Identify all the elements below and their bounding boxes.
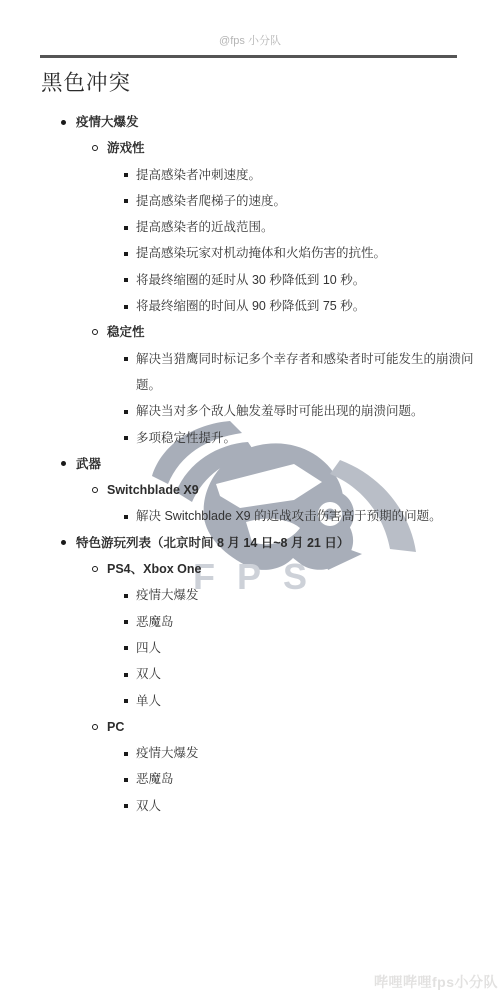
outline: 疫情大爆发游戏性提高感染者冲刺速度。提高感染者爬梯子的速度。提高感染者的近战范围… — [0, 109, 500, 819]
square-bullet-icon — [124, 357, 128, 361]
outline-item: 四人 — [0, 635, 500, 661]
outline-item: 疫情大爆发 — [0, 109, 500, 135]
outline-item: 提高感染者爬梯子的速度。 — [0, 188, 500, 214]
square-bullet-icon — [124, 226, 128, 230]
outline-item-text: 特色游玩列表（北京时间 8 月 14 日~8 月 21 日） — [76, 536, 349, 550]
square-bullet-icon — [124, 752, 128, 756]
circle-bullet-icon — [92, 145, 98, 151]
outline-item-text: 武器 — [76, 457, 101, 471]
outline-item: 双人 — [0, 661, 500, 687]
square-bullet-icon — [124, 699, 128, 703]
outline-item-text: 疫情大爆发 — [76, 115, 139, 129]
square-bullet-icon — [124, 199, 128, 203]
outline-item-text: 疫情大爆发 — [136, 746, 199, 760]
footer-watermark: 哔哩哔哩fps小分队 — [374, 972, 498, 992]
square-bullet-icon — [124, 804, 128, 808]
outline-item-text: 四人 — [136, 641, 161, 655]
outline-item: 疫情大爆发 — [0, 740, 500, 766]
outline-item: 双人 — [0, 793, 500, 819]
outline-item-text: 稳定性 — [107, 325, 145, 339]
square-bullet-icon — [124, 778, 128, 782]
outline-item: 游戏性 — [0, 135, 500, 161]
outline-item-text: 将最终缩圈的时间从 90 秒降低到 75 秒。 — [136, 299, 365, 313]
outline-item-text: 提高感染者冲刺速度。 — [136, 168, 261, 182]
circle-bullet-icon — [92, 724, 98, 730]
square-bullet-icon — [124, 620, 128, 624]
outline-item: 提高感染者的近战范围。 — [0, 214, 500, 240]
disc-bullet-icon — [61, 540, 66, 545]
square-bullet-icon — [124, 646, 128, 650]
square-bullet-icon — [124, 278, 128, 282]
square-bullet-icon — [124, 515, 128, 519]
outline-item: 特色游玩列表（北京时间 8 月 14 日~8 月 21 日） — [0, 530, 500, 556]
outline-item: 恶魔岛 — [0, 766, 500, 792]
outline-item-text: 多项稳定性提升。 — [136, 431, 236, 445]
outline-item-text: 恶魔岛 — [136, 615, 174, 629]
outline-item-text: 解决当猎鹰同时标记多个幸存者和感染者时可能发生的崩溃问 题。 — [136, 352, 474, 392]
outline-item: 单人 — [0, 688, 500, 714]
outline-item: 解决 Switchblade X9 的近战攻击伤害高于预期的问题。 — [0, 503, 500, 529]
circle-bullet-icon — [92, 487, 98, 493]
document-page: @fps 小分队 黑色冲突 疫情大爆发游戏性提高感染者冲刺速度。提高感染者爬梯子… — [0, 0, 500, 1000]
circle-bullet-icon — [92, 329, 98, 335]
outline-item: 解决当猎鹰同时标记多个幸存者和感染者时可能发生的崩溃问 题。 — [0, 346, 500, 399]
square-bullet-icon — [124, 252, 128, 256]
outline-item-text: 双人 — [136, 799, 161, 813]
outline-item-text: 双人 — [136, 667, 161, 681]
outline-item: 稳定性 — [0, 319, 500, 345]
outline-item: 提高感染者冲刺速度。 — [0, 162, 500, 188]
square-bullet-icon — [124, 594, 128, 598]
square-bullet-icon — [124, 673, 128, 677]
square-bullet-icon — [124, 173, 128, 177]
outline-item: Switchblade X9 — [0, 477, 500, 503]
outline-item-text: 单人 — [136, 694, 161, 708]
outline-item: 多项稳定性提升。 — [0, 425, 500, 451]
outline-item-text: PS4、Xbox One — [107, 562, 201, 576]
outline-item: 恶魔岛 — [0, 609, 500, 635]
page-title: 黑色冲突 — [41, 66, 131, 97]
header-watermark: @fps 小分队 — [0, 32, 500, 48]
outline-item-text: 疫情大爆发 — [136, 588, 199, 602]
circle-bullet-icon — [92, 566, 98, 572]
disc-bullet-icon — [61, 120, 66, 125]
disc-bullet-icon — [61, 461, 66, 466]
header-divider — [40, 55, 457, 58]
outline-item: PC — [0, 714, 500, 740]
outline-item: 武器 — [0, 451, 500, 477]
outline-item: 将最终缩圈的时间从 90 秒降低到 75 秒。 — [0, 293, 500, 319]
outline-item-text: 恶魔岛 — [136, 772, 174, 786]
outline-item: PS4、Xbox One — [0, 556, 500, 582]
square-bullet-icon — [124, 305, 128, 309]
square-bullet-icon — [124, 436, 128, 440]
outline-item-text: 解决 Switchblade X9 的近战攻击伤害高于预期的问题。 — [136, 509, 442, 523]
outline-item: 疫情大爆发 — [0, 582, 500, 608]
outline-item: 将最终缩圈的延时从 30 秒降低到 10 秒。 — [0, 267, 500, 293]
outline-item-text: 解决当对多个敌人触发羞辱时可能出现的崩溃问题。 — [136, 404, 424, 418]
outline-item-text: 提高感染者的近战范围。 — [136, 220, 274, 234]
outline-item-text: 提高感染玩家对机动掩体和火焰伤害的抗性。 — [136, 246, 386, 260]
outline-item-text: 游戏性 — [107, 141, 145, 155]
outline-item-text: Switchblade X9 — [107, 483, 199, 497]
outline-item-text: 将最终缩圈的延时从 30 秒降低到 10 秒。 — [136, 273, 365, 287]
square-bullet-icon — [124, 410, 128, 414]
outline-item: 提高感染玩家对机动掩体和火焰伤害的抗性。 — [0, 240, 500, 266]
outline-item-text: PC — [107, 720, 124, 734]
outline-item-text: 提高感染者爬梯子的速度。 — [136, 194, 286, 208]
outline-item: 解决当对多个敌人触发羞辱时可能出现的崩溃问题。 — [0, 398, 500, 424]
